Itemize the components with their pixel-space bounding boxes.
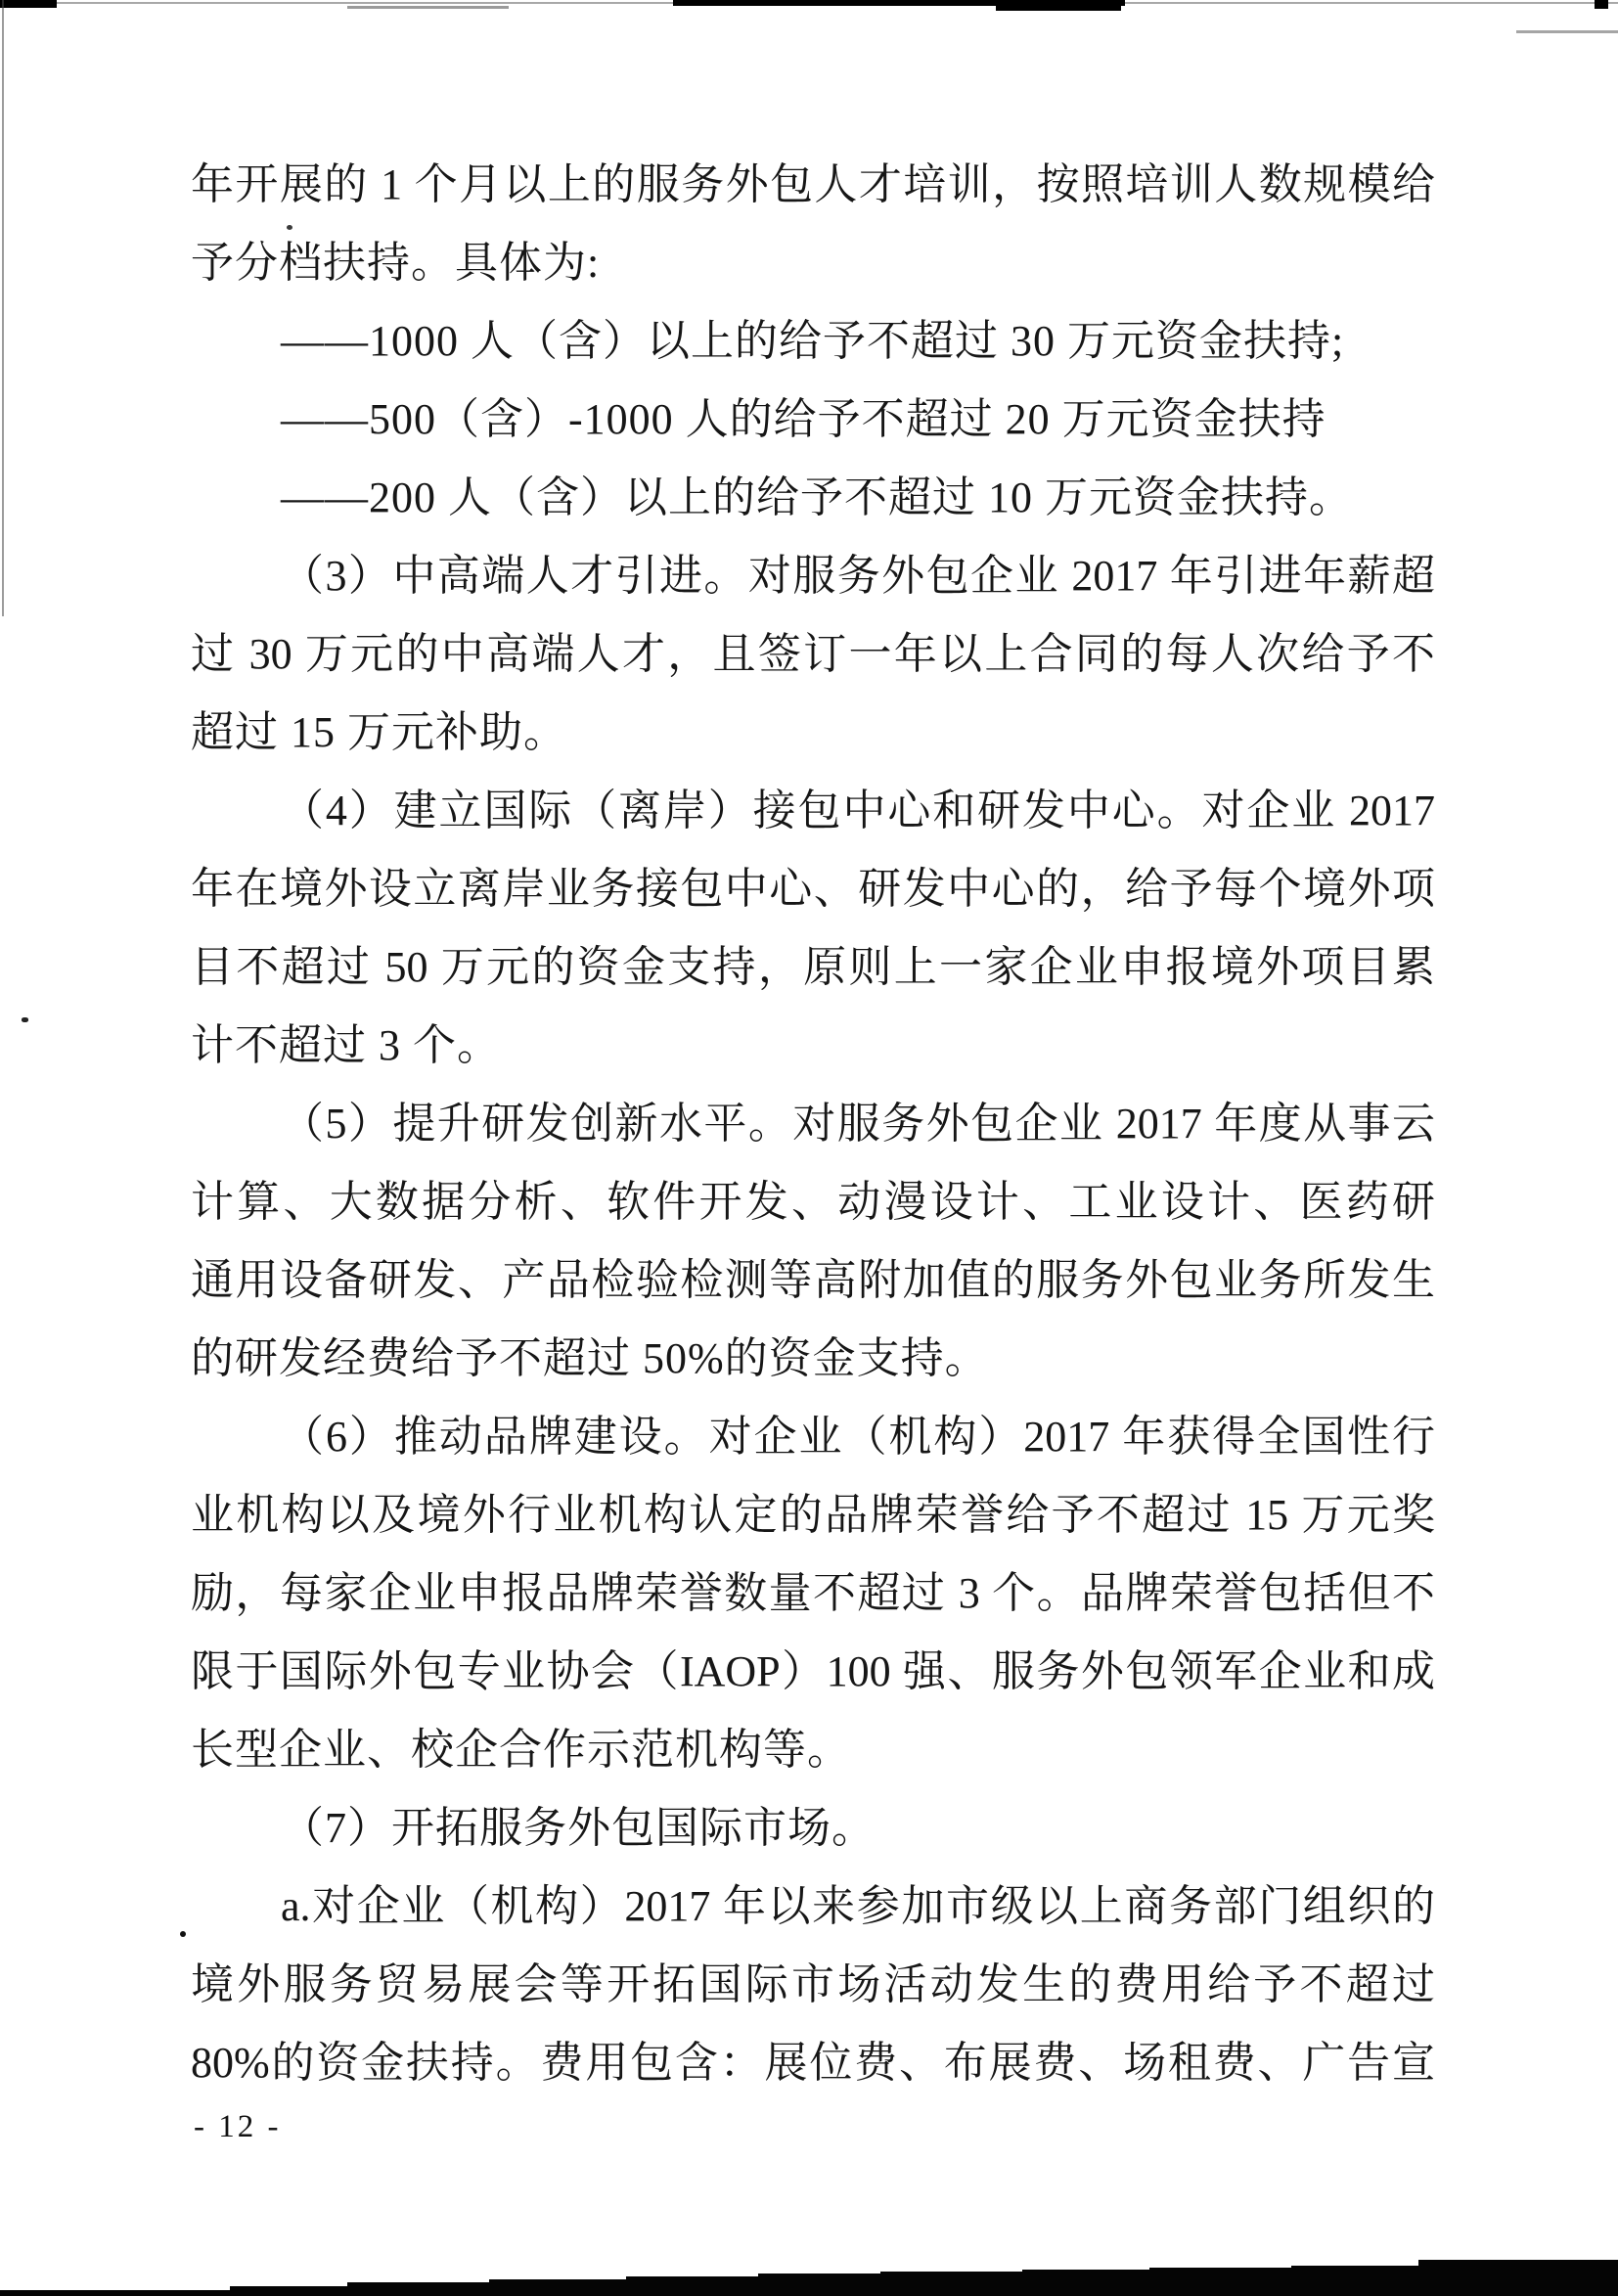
text-line: （5）提升研发创新水平。对服务外包企业 2017 年度从事云 xyxy=(191,1085,1435,1163)
text-line: 过 30 万元的中高端人才，且签订一年以上合同的每人次给予不 xyxy=(191,615,1435,694)
text-line: （3）中高端人才引进。对服务外包企业 2017 年引进年薪超 xyxy=(191,537,1435,615)
text-line: 通用设备研发、产品检验检测等高附加值的服务外包业务所发生 xyxy=(191,1241,1435,1320)
scan-artifact-top-left xyxy=(0,0,57,8)
text-line: 予分档扶持。具体为: xyxy=(191,224,1435,302)
text-line: 年在境外设立离岸业务接包中心、研发中心的，给予每个境外项 xyxy=(191,850,1435,928)
scan-artifact-left-line xyxy=(2,0,4,616)
scan-artifact-top-tick xyxy=(1595,0,1608,9)
scan-artifact-bottom-band xyxy=(0,2250,1618,2296)
text-line: ——200 人（含）以上的给予不超过 10 万元资金扶持。 xyxy=(191,459,1435,537)
document-page: 年开展的 1 个月以上的服务外包人才培训，按照培训人数规模给予分档扶持。具体为:… xyxy=(0,0,1618,2296)
text-line: ——1000 人（含）以上的给予不超过 30 万元资金扶持; xyxy=(191,302,1435,381)
text-line: 计不超过 3 个。 xyxy=(191,1007,1435,1085)
text-line: 境外服务贸易展会等开拓国际市场活动发生的费用给予不超过 xyxy=(191,1946,1435,2024)
text-line: 超过 15 万元补助。 xyxy=(191,694,1435,772)
text-line: （4）建立国际（离岸）接包中心和研发中心。对企业 2017 xyxy=(191,772,1435,850)
text-line: 年开展的 1 个月以上的服务外包人才培训，按照培训人数规模给 xyxy=(191,146,1435,224)
document-body: 年开展的 1 个月以上的服务外包人才培训，按照培训人数规模给予分档扶持。具体为:… xyxy=(191,146,1435,2102)
text-line: 的研发经费给予不超过 50%的资金支持。 xyxy=(191,1320,1435,1398)
text-line: 业机构以及境外行业机构认定的品牌荣誉给予不超过 15 万元奖 xyxy=(191,1476,1435,1554)
scan-artifact-top-gray2 xyxy=(1516,30,1618,33)
scan-artifact-dot xyxy=(22,1017,28,1022)
text-line: （6）推动品牌建设。对企业（机构）2017 年获得全国性行 xyxy=(191,1398,1435,1476)
text-line: a.对企业（机构）2017 年以来参加市级以上商务部门组织的 xyxy=(191,1868,1435,1946)
text-line: （7）开拓服务外包国际市场。 xyxy=(191,1789,1435,1868)
text-line: ——500（含）-1000 人的给予不超过 20 万元资金扶持 xyxy=(191,381,1435,459)
scan-artifact-dot xyxy=(180,1931,186,1937)
text-line: 限于国际外包专业协会（IAOP）100 强、服务外包领军企业和成 xyxy=(191,1633,1435,1711)
text-line: 励，每家企业申报品牌荣誉数量不超过 3 个。品牌荣誉包括但不 xyxy=(191,1554,1435,1633)
text-line: 80%的资金扶持。费用包含：展位费、布展费、场租费、广告宣 xyxy=(191,2024,1435,2102)
text-line: 目不超过 50 万元的资金支持，原则上一家企业申报境外项目累 xyxy=(191,928,1435,1007)
text-line: 长型企业、校企合作示范机构等。 xyxy=(191,1711,1435,1789)
page-number: - 12 - xyxy=(194,2109,281,2145)
text-line: 计算、大数据分析、软件开发、动漫设计、工业设计、医药研发、 xyxy=(191,1163,1435,1241)
scan-artifact-top-gray1 xyxy=(347,6,509,9)
scan-artifact-top-mid2 xyxy=(996,6,1121,11)
